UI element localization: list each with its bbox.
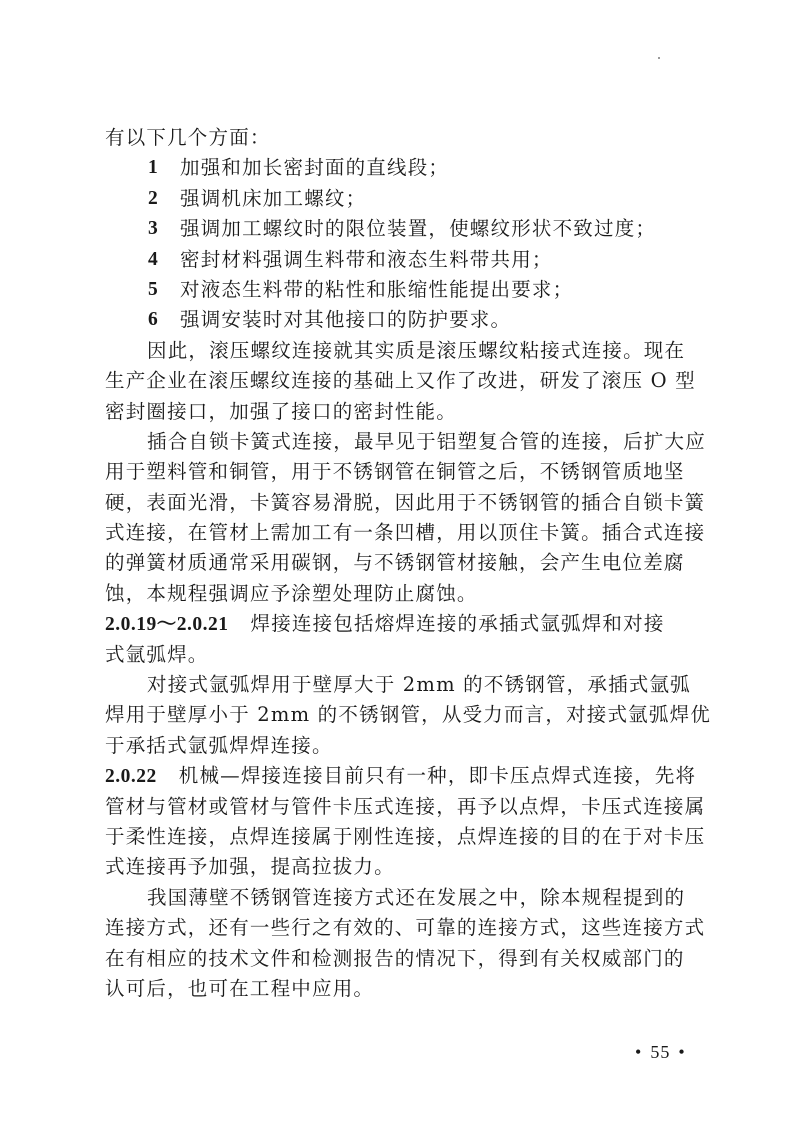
paragraph-line: 生产企业在滚压螺纹连接的基础上又作了改进，研发了滚压 O 型: [105, 366, 700, 396]
list-item-text: 对液态生料带的粘性和胀缩性能提出要求；: [180, 275, 573, 305]
paragraph-closing: 我国薄壁不锈钢管连接方式还在发展之中，除本规程提到的 连接方式，还有一些行之有效…: [105, 883, 700, 1005]
paragraph-line: 式氩弧焊。: [105, 640, 700, 670]
list-item: 2 强调机床加工螺纹；: [105, 184, 700, 214]
clause-number: 2.0.19～2.0.21: [105, 614, 229, 635]
paragraph-line: 用于塑料管和铜管，用于不锈钢管在铜管之后，不锈钢管质地坚: [105, 457, 700, 487]
paragraph-line: 式连接，在管材上需加工有一条凹槽，用以顶住卡簧。插合式连接: [105, 518, 700, 548]
paragraph-line: 对接式氩弧焊用于壁厚大于 2mm 的不锈钢管，承插式氩弧: [105, 670, 700, 700]
clause-text: 焊接连接包括熔焊连接的承插式氩弧焊和对接: [251, 612, 665, 635]
paragraph-rolling-thread: 因此，滚压螺纹连接就其实质是滚压螺纹粘接式连接。现在 生产企业在滚压螺纹连接的基…: [105, 336, 700, 427]
list-item: 6 强调安装时对其他接口的防护要求。: [105, 305, 700, 335]
paragraph-line: 管材与管材或管材与管件卡压式连接，再予以点焊，卡压式连接属: [105, 792, 700, 822]
bullet-dot-icon: •: [678, 1042, 685, 1062]
list-item: 1 加强和加长密封面的直线段；: [105, 153, 700, 183]
list-item-text: 密封材料强调生料带和液态生料带共用；: [180, 245, 553, 275]
clause-2-0-19: 2.0.19～2.0.21焊接连接包括熔焊连接的承插式氩弧焊和对接 式氩弧焊。: [105, 609, 700, 670]
page-number: •55•: [627, 1042, 694, 1063]
paragraph-line: 于承括式氩弧焊焊连接。: [105, 731, 700, 761]
paragraph-push-fit: 插合自锁卡簧式连接，最早见于铝塑复合管的连接，后扩大应 用于塑料管和铜管，用于不…: [105, 427, 700, 609]
clause-first-line: 2.0.19～2.0.21焊接连接包括熔焊连接的承插式氩弧焊和对接: [105, 609, 700, 639]
scan-speck: [658, 57, 660, 59]
clause-first-line: 2.0.22机械—焊接连接目前只有一种，即卡压点焊式连接，先将: [105, 761, 700, 791]
page-number-value: 55: [650, 1042, 670, 1062]
paragraph-line: 因此，滚压螺纹连接就其实质是滚压螺纹粘接式连接。现在: [105, 336, 700, 366]
paragraph-line: 硬，表面光滑，卡簧容易滑脱，因此用于不锈钢管的插合自锁卡簧: [105, 488, 700, 518]
list-item-text: 加强和加长密封面的直线段；: [180, 153, 449, 183]
list-item-number: 4: [148, 245, 180, 275]
list-item-number: 3: [148, 214, 180, 244]
paragraph-line: 于柔性连接，点焊连接属于刚性连接，点焊连接的目的在于对卡压: [105, 822, 700, 852]
paragraph-line: 插合自锁卡簧式连接，最早见于铝塑复合管的连接，后扩大应: [105, 427, 700, 457]
list-item-number: 2: [148, 184, 180, 214]
bullet-dot-icon: •: [635, 1042, 642, 1062]
clause-2-0-22: 2.0.22机械—焊接连接目前只有一种，即卡压点焊式连接，先将 管材与管材或管材…: [105, 761, 700, 883]
paragraph-line: 式连接再予加强，提高拉拔力。: [105, 852, 700, 882]
list-item: 5 对液态生料带的粘性和胀缩性能提出要求；: [105, 275, 700, 305]
list-item-text: 强调机床加工螺纹；: [180, 184, 366, 214]
paragraph-argon-welding: 对接式氩弧焊用于壁厚大于 2mm 的不锈钢管，承插式氩弧 焊用于壁厚小于 2mm…: [105, 670, 700, 761]
clause-text: 机械—焊接连接目前只有一种，即卡压点焊式连接，先将: [179, 764, 697, 787]
list-item-text: 强调加工螺纹时的限位装置，使螺纹形状不致过度；: [180, 214, 656, 244]
paragraph-line: 蚀，本规程强调应予涂塑处理防止腐蚀。: [105, 579, 700, 609]
document-page: 有以下几个方面： 1 加强和加长密封面的直线段； 2 强调机床加工螺纹； 3 强…: [105, 123, 700, 1004]
paragraph-line: 的弹簧材质通常采用碳钢，与不锈钢管材接触，会产生电位差腐: [105, 548, 700, 578]
paragraph-line: 密封圈接口，加强了接口的密封性能。: [105, 397, 700, 427]
paragraph-line: 连接方式，还有一些行之有效的、可靠的连接方式，这些连接方式: [105, 913, 700, 943]
clause-number: 2.0.22: [105, 766, 157, 787]
list-item-number: 5: [148, 275, 180, 305]
intro-line: 有以下几个方面：: [105, 123, 700, 153]
paragraph-line: 焊用于壁厚小于 2mm 的不锈钢管，从受力而言，对接式氩弧焊优: [105, 700, 700, 730]
list-item-number: 6: [148, 305, 180, 335]
paragraph-line: 我国薄壁不锈钢管连接方式还在发展之中，除本规程提到的: [105, 883, 700, 913]
list-item-number: 1: [148, 153, 180, 183]
list-item-text: 强调安装时对其他接口的防护要求。: [180, 305, 511, 335]
list-item: 3 强调加工螺纹时的限位装置，使螺纹形状不致过度；: [105, 214, 700, 244]
paragraph-line: 认可后，也可在工程中应用。: [105, 974, 700, 1004]
list-item: 4 密封材料强调生料带和液态生料带共用；: [105, 245, 700, 275]
paragraph-line: 在有相应的技术文件和检测报告的情况下，得到有关权威部门的: [105, 944, 700, 974]
